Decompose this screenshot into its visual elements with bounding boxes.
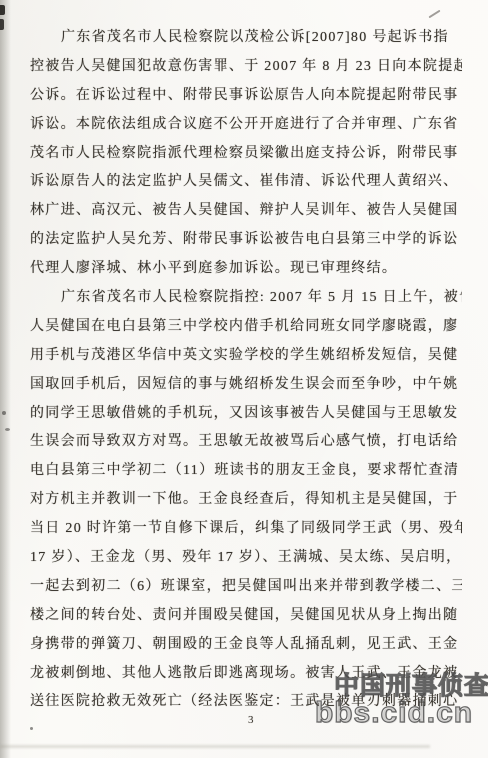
scan-artifact-ink-dot-1 xyxy=(2,411,6,415)
watermark-site-url: bbs.cid.cn xyxy=(315,697,473,730)
scan-edge-shadow xyxy=(0,0,12,758)
scan-artifact-left-tick-1 xyxy=(0,5,5,15)
page-number: 3 xyxy=(248,714,254,726)
document-line: 诉讼原告人的法定监护人吴儒文、崔伟清、诉讼代理人黄绍兴、 xyxy=(30,168,462,197)
scan-artifact-ink-dot-2 xyxy=(5,428,10,431)
document-line: 茂名市人民检察院指派代理检察员梁徽出庭支持公诉，附带民事 xyxy=(30,140,462,169)
scan-artifact-left-tick-2 xyxy=(0,19,4,30)
document-line: 一起去到初二（6）班课室，把吴健国叫出来并带到教学楼二、三 xyxy=(30,573,462,602)
scan-artifact-bottom-streak xyxy=(0,745,430,748)
document-line: 生误会而导致双方对骂。王思敏无故被骂后心感气愤，打电话给 xyxy=(30,428,462,457)
document-line: 代理人廖泽城、林小平到庭参加诉讼。现已审理终结。 xyxy=(30,255,462,284)
document-line: 人吴健国在电白县第三中学校内借手机给同班女同学廖晓霞，廖 xyxy=(30,313,462,342)
document-line: 楼之间的转台处、责问并围殴吴健国，吴健国见状从身上掏出随 xyxy=(30,602,462,631)
document-line: 当日 20 时许第一节自修下课后，纠集了同级同学王武（男、殁年 xyxy=(30,515,462,544)
document-line: 广东省茂名市人民检察院以茂检公诉[2007]80 号起诉书指 xyxy=(30,24,462,53)
document-line: 身携带的弹簧刀、朝围殴的王金良等人乱捅乱刺，见王武、王金 xyxy=(30,631,462,660)
document-line: 电白县第三中学初二（11）班读书的朋友王金良，要求帮忙查清 xyxy=(30,457,462,486)
document-body-text: 广东省茂名市人民检察院以茂检公诉[2007]80 号起诉书指控被告人吴健国犯故意… xyxy=(30,24,462,717)
scanned-document-page: 广东省茂名市人民检察院以茂检公诉[2007]80 号起诉书指控被告人吴健国犯故意… xyxy=(0,0,488,758)
document-line: 的同学王思敏借姚的手机玩，又因该事被告人吴健国与王思敏发 xyxy=(30,400,462,429)
document-line: 用手机与茂港区华信中英文实验学校的学生姚绍桥发短信，吴健 xyxy=(30,342,462,371)
document-line: 控被告人吴健国犯故意伤害罪、于 2007 年 8 月 23 日向本院提起 xyxy=(30,53,462,82)
document-line: 对方机主并教训一下他。王金良经查后，得知机主是吴健国，于 xyxy=(30,486,462,515)
document-line: 诉讼。本院依法组成合议庭不公开开庭进行了合并审理、广东省 xyxy=(30,111,462,140)
document-line: 国取回手机后，因短信的事与姚绍桥发生误会而至争吵，中午姚 xyxy=(30,371,462,400)
document-line: 广东省茂名市人民检察院指控: 2007 年 5 月 15 日上午，被告 xyxy=(30,284,462,313)
document-line: 林广进、高汉元、被告人吴健国、辩护人吴训年、被告人吴健国 xyxy=(30,197,462,226)
document-line: 的法定监护人吴允芳、附带民事诉讼被告电白县第三中学的诉讼 xyxy=(30,226,462,255)
document-line: 公诉。在诉讼过程中、附带民事诉讼原告人向本院提起附带民事 xyxy=(30,82,462,111)
scan-artifact-pen-mark xyxy=(428,10,440,19)
scan-artifact-ink-dot-3 xyxy=(30,727,33,730)
document-line: 17 岁）、王金龙（男、殁年 17 岁）、王满城、吴太练、吴启明， xyxy=(30,544,462,573)
